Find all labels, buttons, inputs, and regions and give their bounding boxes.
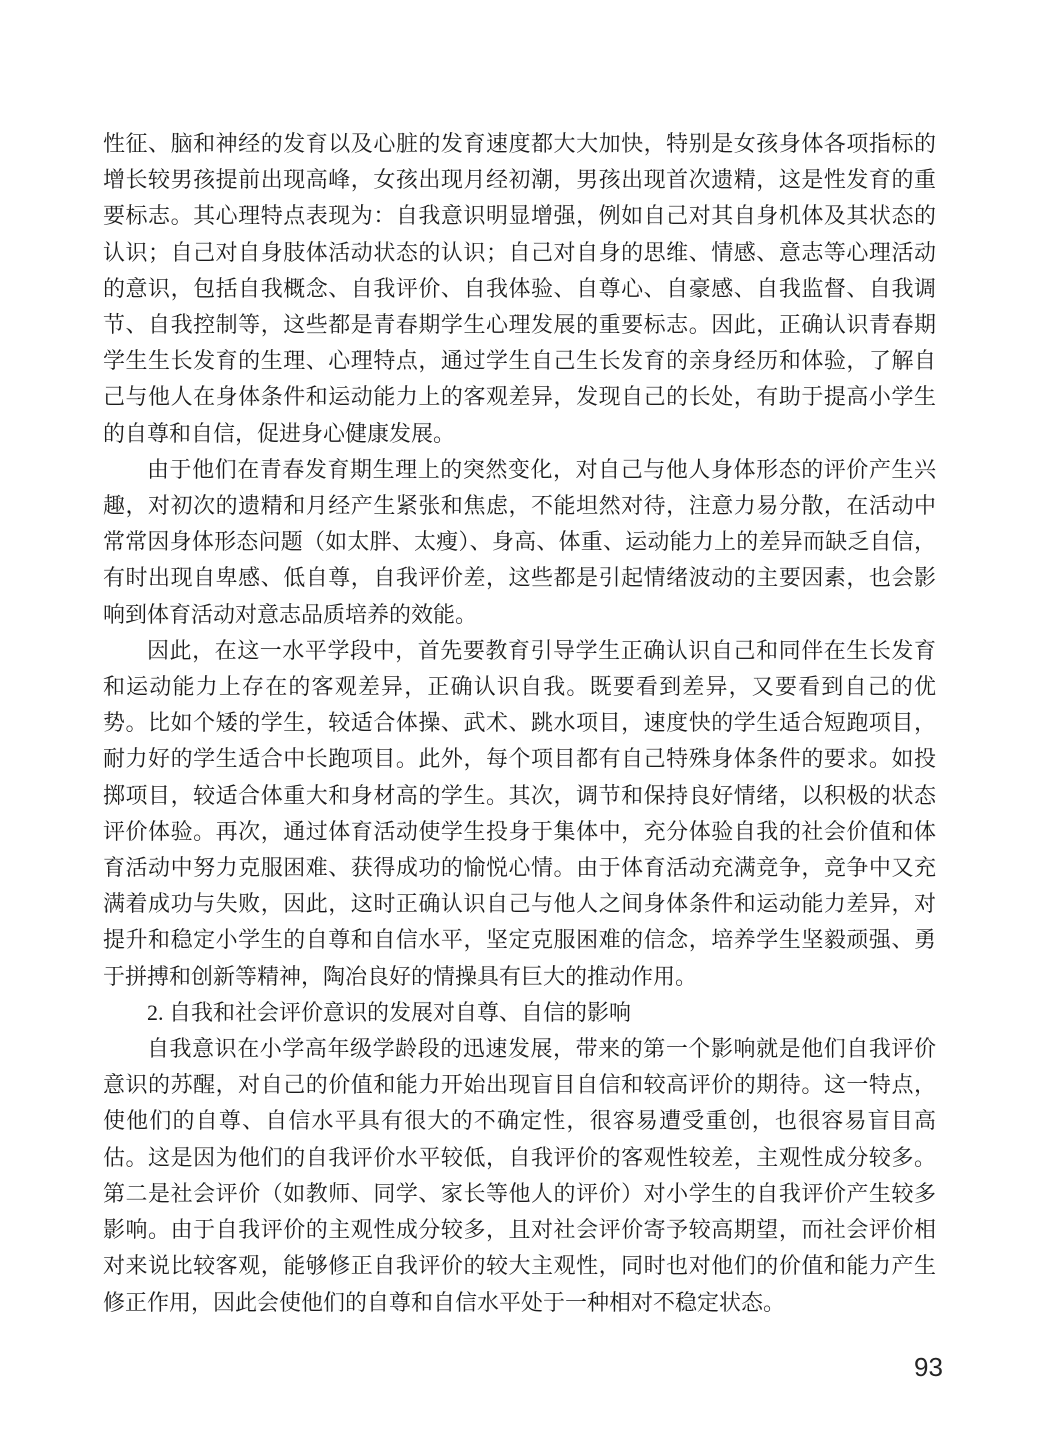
document-page: 性征、脑和神经的发育以及心脏的发育速度都大大加快，特别是女孩身体各项指标的增长较… [0, 0, 1038, 1452]
body-paragraph: 因此，在这一水平学段中，首先要教育引导学生正确认识自己和同伴在生长发育和运动能力… [103, 633, 936, 995]
body-paragraph: 性征、脑和神经的发育以及心脏的发育速度都大大加快，特别是女孩身体各项指标的增长较… [103, 126, 936, 452]
body-paragraph: 自我意识在小学高年级学龄段的迅速发展，带来的第一个影响就是他们自我评价意识的苏醒… [103, 1031, 936, 1321]
page-text: 性征、脑和神经的发育以及心脏的发育速度都大大加快，特别是女孩身体各项指标的增长较… [103, 126, 936, 1321]
page-number: 93 [914, 1352, 943, 1383]
section-heading: 2. 自我和社会评价意识的发展对自尊、自信的影响 [103, 995, 936, 1031]
body-paragraph: 由于他们在青春发育期生理上的突然变化，对自己与他人身体形态的评价产生兴趣，对初次… [103, 452, 936, 633]
